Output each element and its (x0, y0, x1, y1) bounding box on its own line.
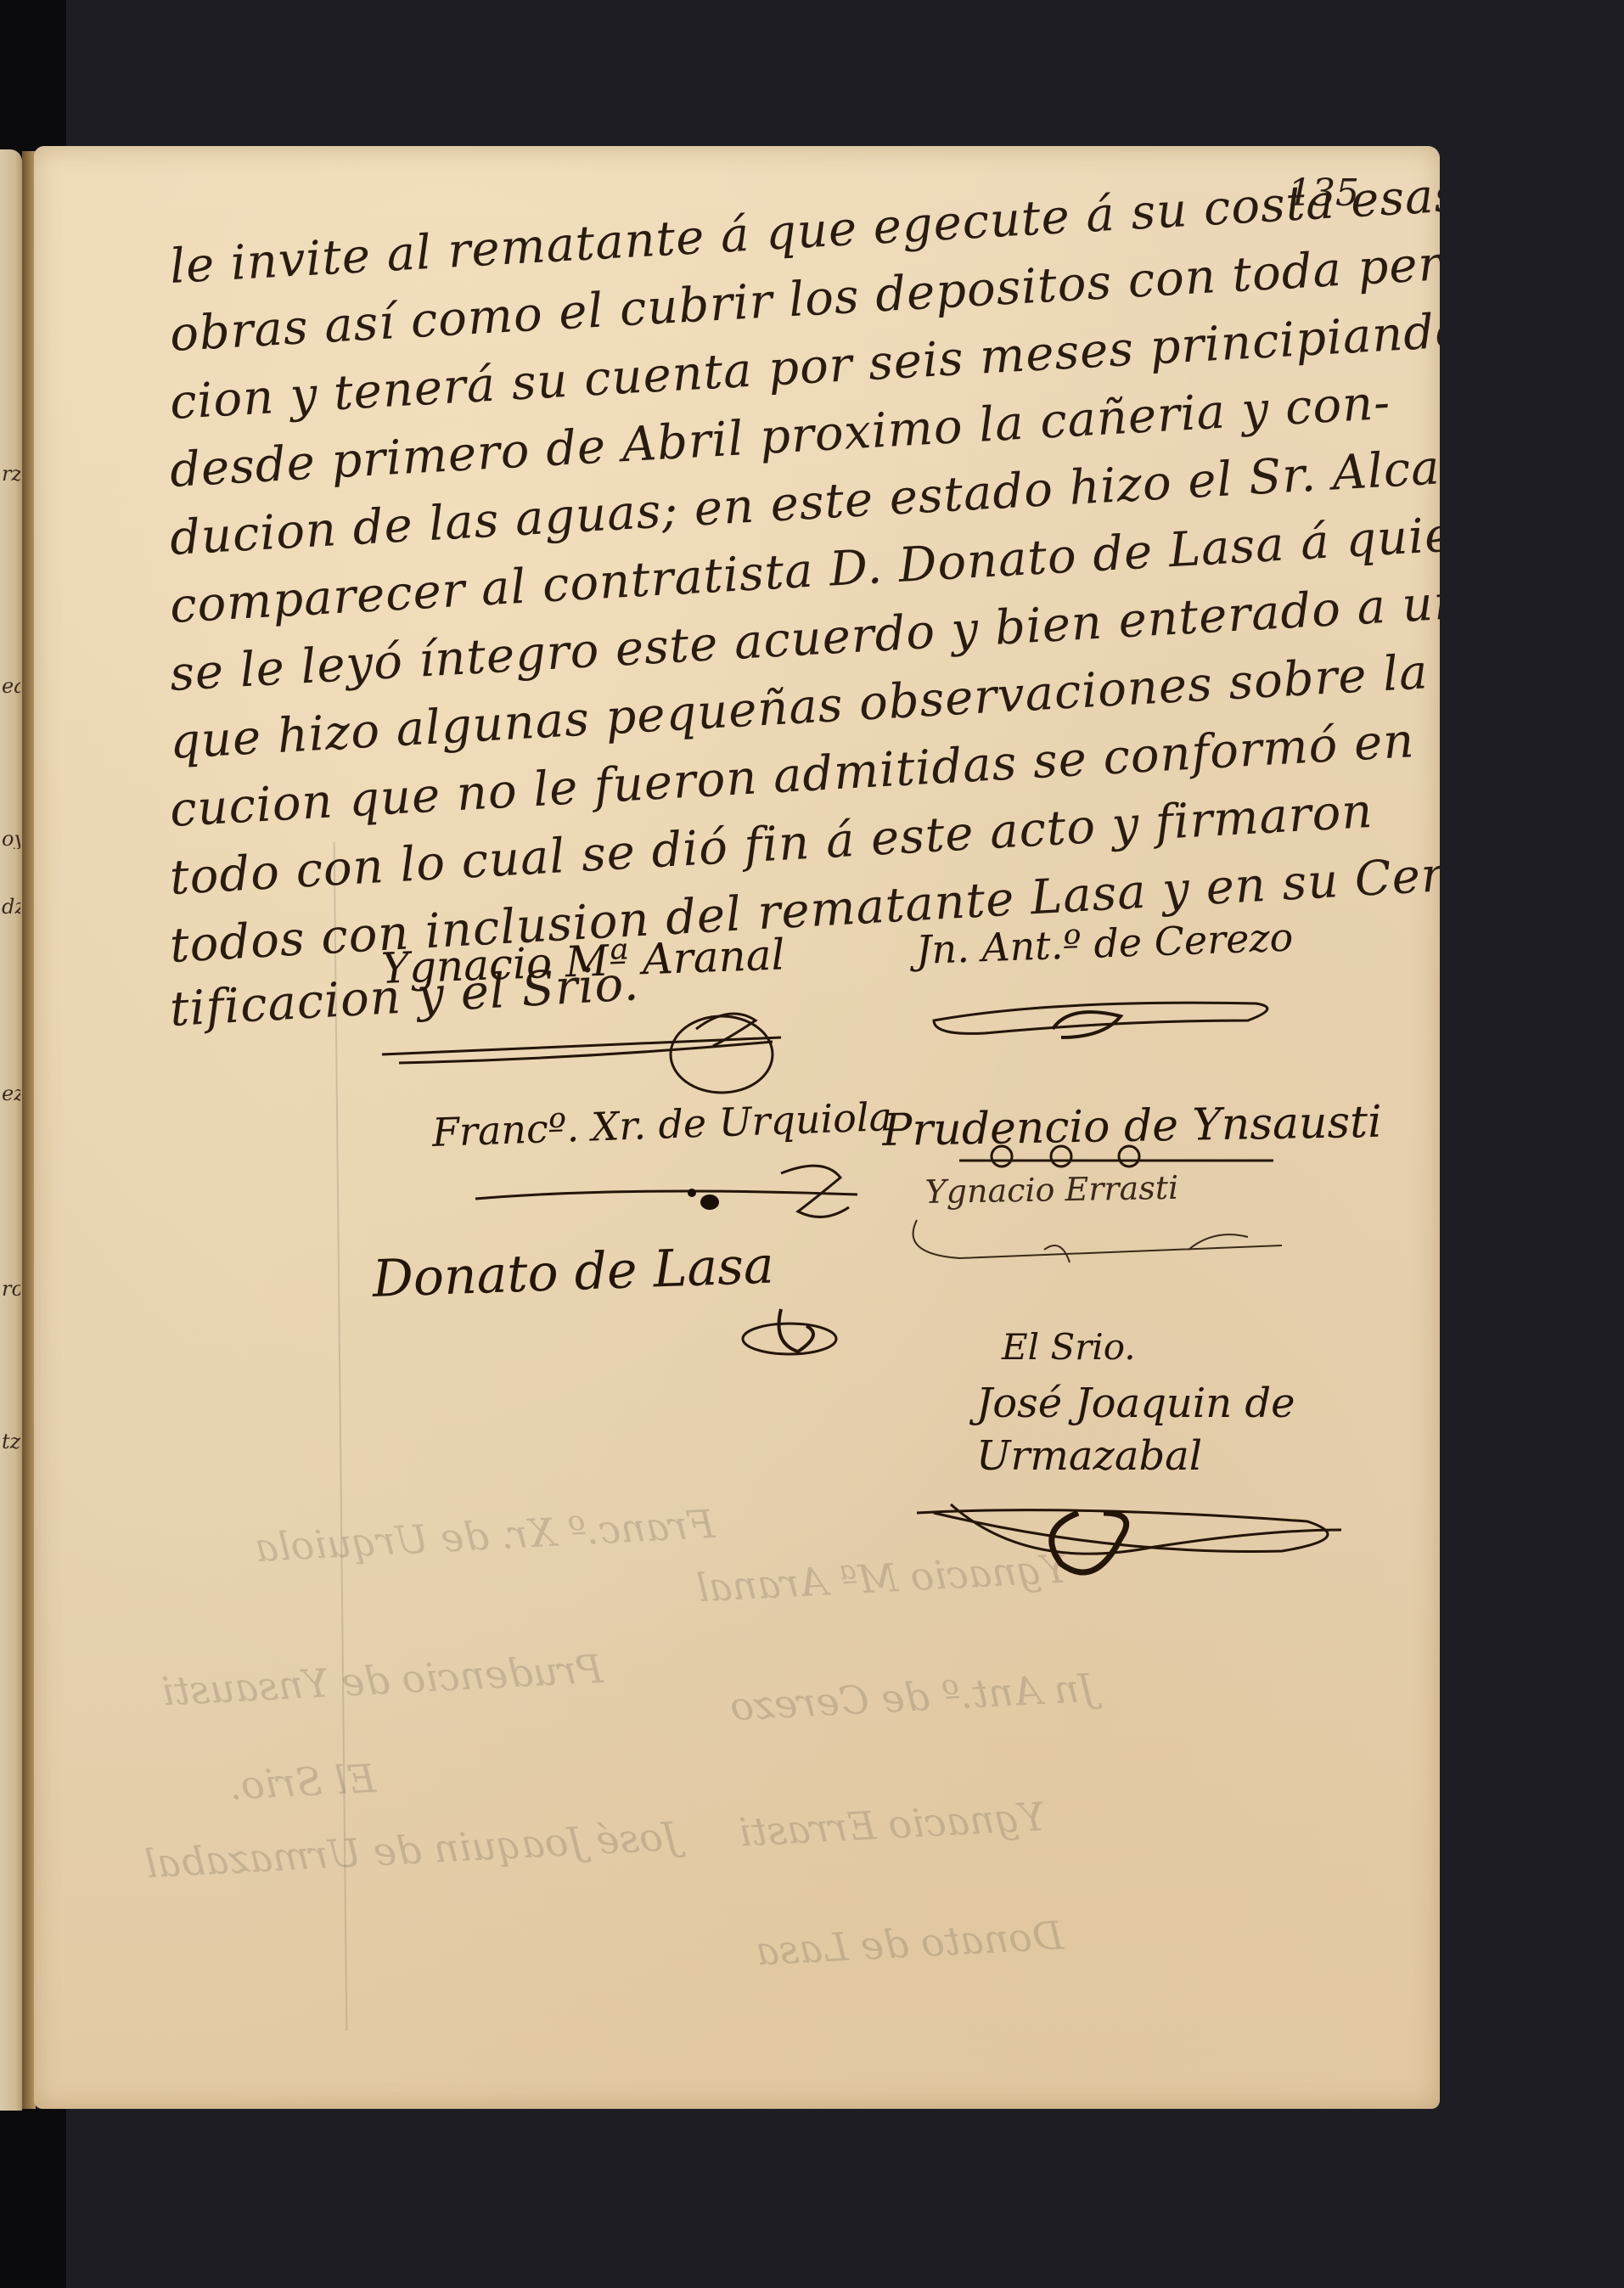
bleed-through-text: Jn Ant.º de Cerezo (729, 1665, 1096, 1729)
signature-rubric (374, 995, 815, 1097)
signature-errasti: Ygnacio Errasti (924, 1169, 1178, 1211)
bleed-through-text: El Srio. (228, 1756, 377, 1809)
signature-urmazabal: José Joaquin de Urmazabal (976, 1377, 1367, 1482)
facing-page-text-fragment: rz (2, 464, 20, 484)
signature-rubric (891, 1211, 1299, 1279)
bleed-through-text: José Joaquin de Urmazabal (143, 1813, 679, 1887)
bleed-through-text: Donato de Lasa (755, 1913, 1065, 1975)
signature-rubric (730, 1301, 849, 1369)
facing-page-text-fragment: dz (2, 897, 20, 917)
facing-page-text-fragment: ro (2, 1279, 20, 1299)
ink-blot (700, 1195, 719, 1210)
bleed-through-text: Ygnacio Errasti (738, 1794, 1047, 1856)
facing-page-text-fragment: tz (2, 1431, 20, 1452)
bleed-through-text: Franc.º Xr. de Urquiola (254, 1501, 716, 1571)
bleed-through-text: Prudencio de Ynsausti (160, 1645, 604, 1714)
signature-lasa: Donato de Lasa (372, 1236, 775, 1309)
secretary-title: El Srio. (1002, 1326, 1136, 1368)
signature-rubric (458, 1139, 866, 1233)
signature-rubric (900, 1479, 1375, 1615)
ink-blot (688, 1189, 696, 1197)
facing-page-edge: rz ea oy dz ez ro tz (0, 149, 22, 2111)
manuscript-page: 135 Franc.º Xr. de Urquiola Ygnacio Mª A… (34, 146, 1440, 2109)
facing-page-text-fragment: ea (2, 676, 20, 696)
facing-page-text-fragment: ez (2, 1083, 20, 1104)
signature-rubric (917, 970, 1290, 1046)
facing-page-text-fragment: oy (2, 829, 20, 849)
